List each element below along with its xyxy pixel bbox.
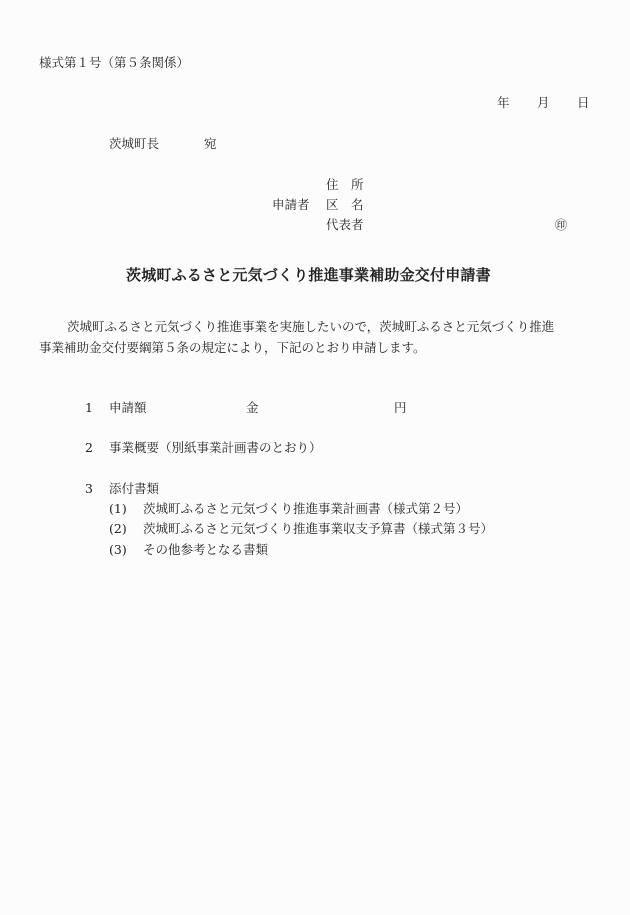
- attachment-3-number: (3): [109, 544, 127, 557]
- form-number: 様式第１号（第５条関係）: [39, 57, 189, 70]
- item-2-number: 2: [85, 442, 93, 455]
- addressee-suffix: 宛: [204, 138, 217, 151]
- date-year-label: 年: [497, 97, 510, 110]
- applicant-label: 申請者: [272, 199, 310, 212]
- document-title: 茨城町ふるさと元気づくり推進事業補助金交付申請書: [126, 268, 491, 283]
- item-3-number: 3: [85, 483, 93, 496]
- body-text-line-2: 事業補助金交付要綱第５条の規定により，下記のとおり申請します。: [39, 342, 426, 355]
- seal-mark-icon: ㊞: [555, 219, 567, 231]
- attachment-2-label: 茨城町ふるさと元気づくり推進事業収支予算書（様式第３号）: [143, 523, 493, 536]
- item-1-label: 申請額: [109, 402, 147, 415]
- attachment-1-number: (1): [109, 503, 127, 516]
- attachment-3-label: その他参考となる書類: [143, 544, 268, 557]
- item-1-number: 1: [85, 402, 93, 415]
- body-text-line-1: 茨城町ふるさと元気づくり推進事業を実施したいので，茨城町ふるさと元気づくり推進: [67, 321, 554, 334]
- date-month-label: 月: [537, 97, 550, 110]
- item-2-label: 事業概要（別紙事業計画書のとおり）: [109, 442, 322, 455]
- attachment-2-number: (2): [109, 523, 127, 536]
- applicant-representative-label: 代表者: [326, 219, 364, 232]
- attachment-1-label: 茨城町ふるさと元気づくり推進事業計画書（様式第２号）: [143, 503, 468, 516]
- amount-unit: 円: [394, 402, 407, 415]
- addressee-name: 茨城町長: [109, 138, 159, 151]
- amount-prefix: 金: [246, 402, 259, 415]
- applicant-address-label: 住 所: [326, 179, 364, 192]
- applicant-district-label: 区 名: [326, 199, 364, 212]
- item-3-label: 添付書類: [109, 483, 159, 496]
- date-day-label: 日: [577, 97, 590, 110]
